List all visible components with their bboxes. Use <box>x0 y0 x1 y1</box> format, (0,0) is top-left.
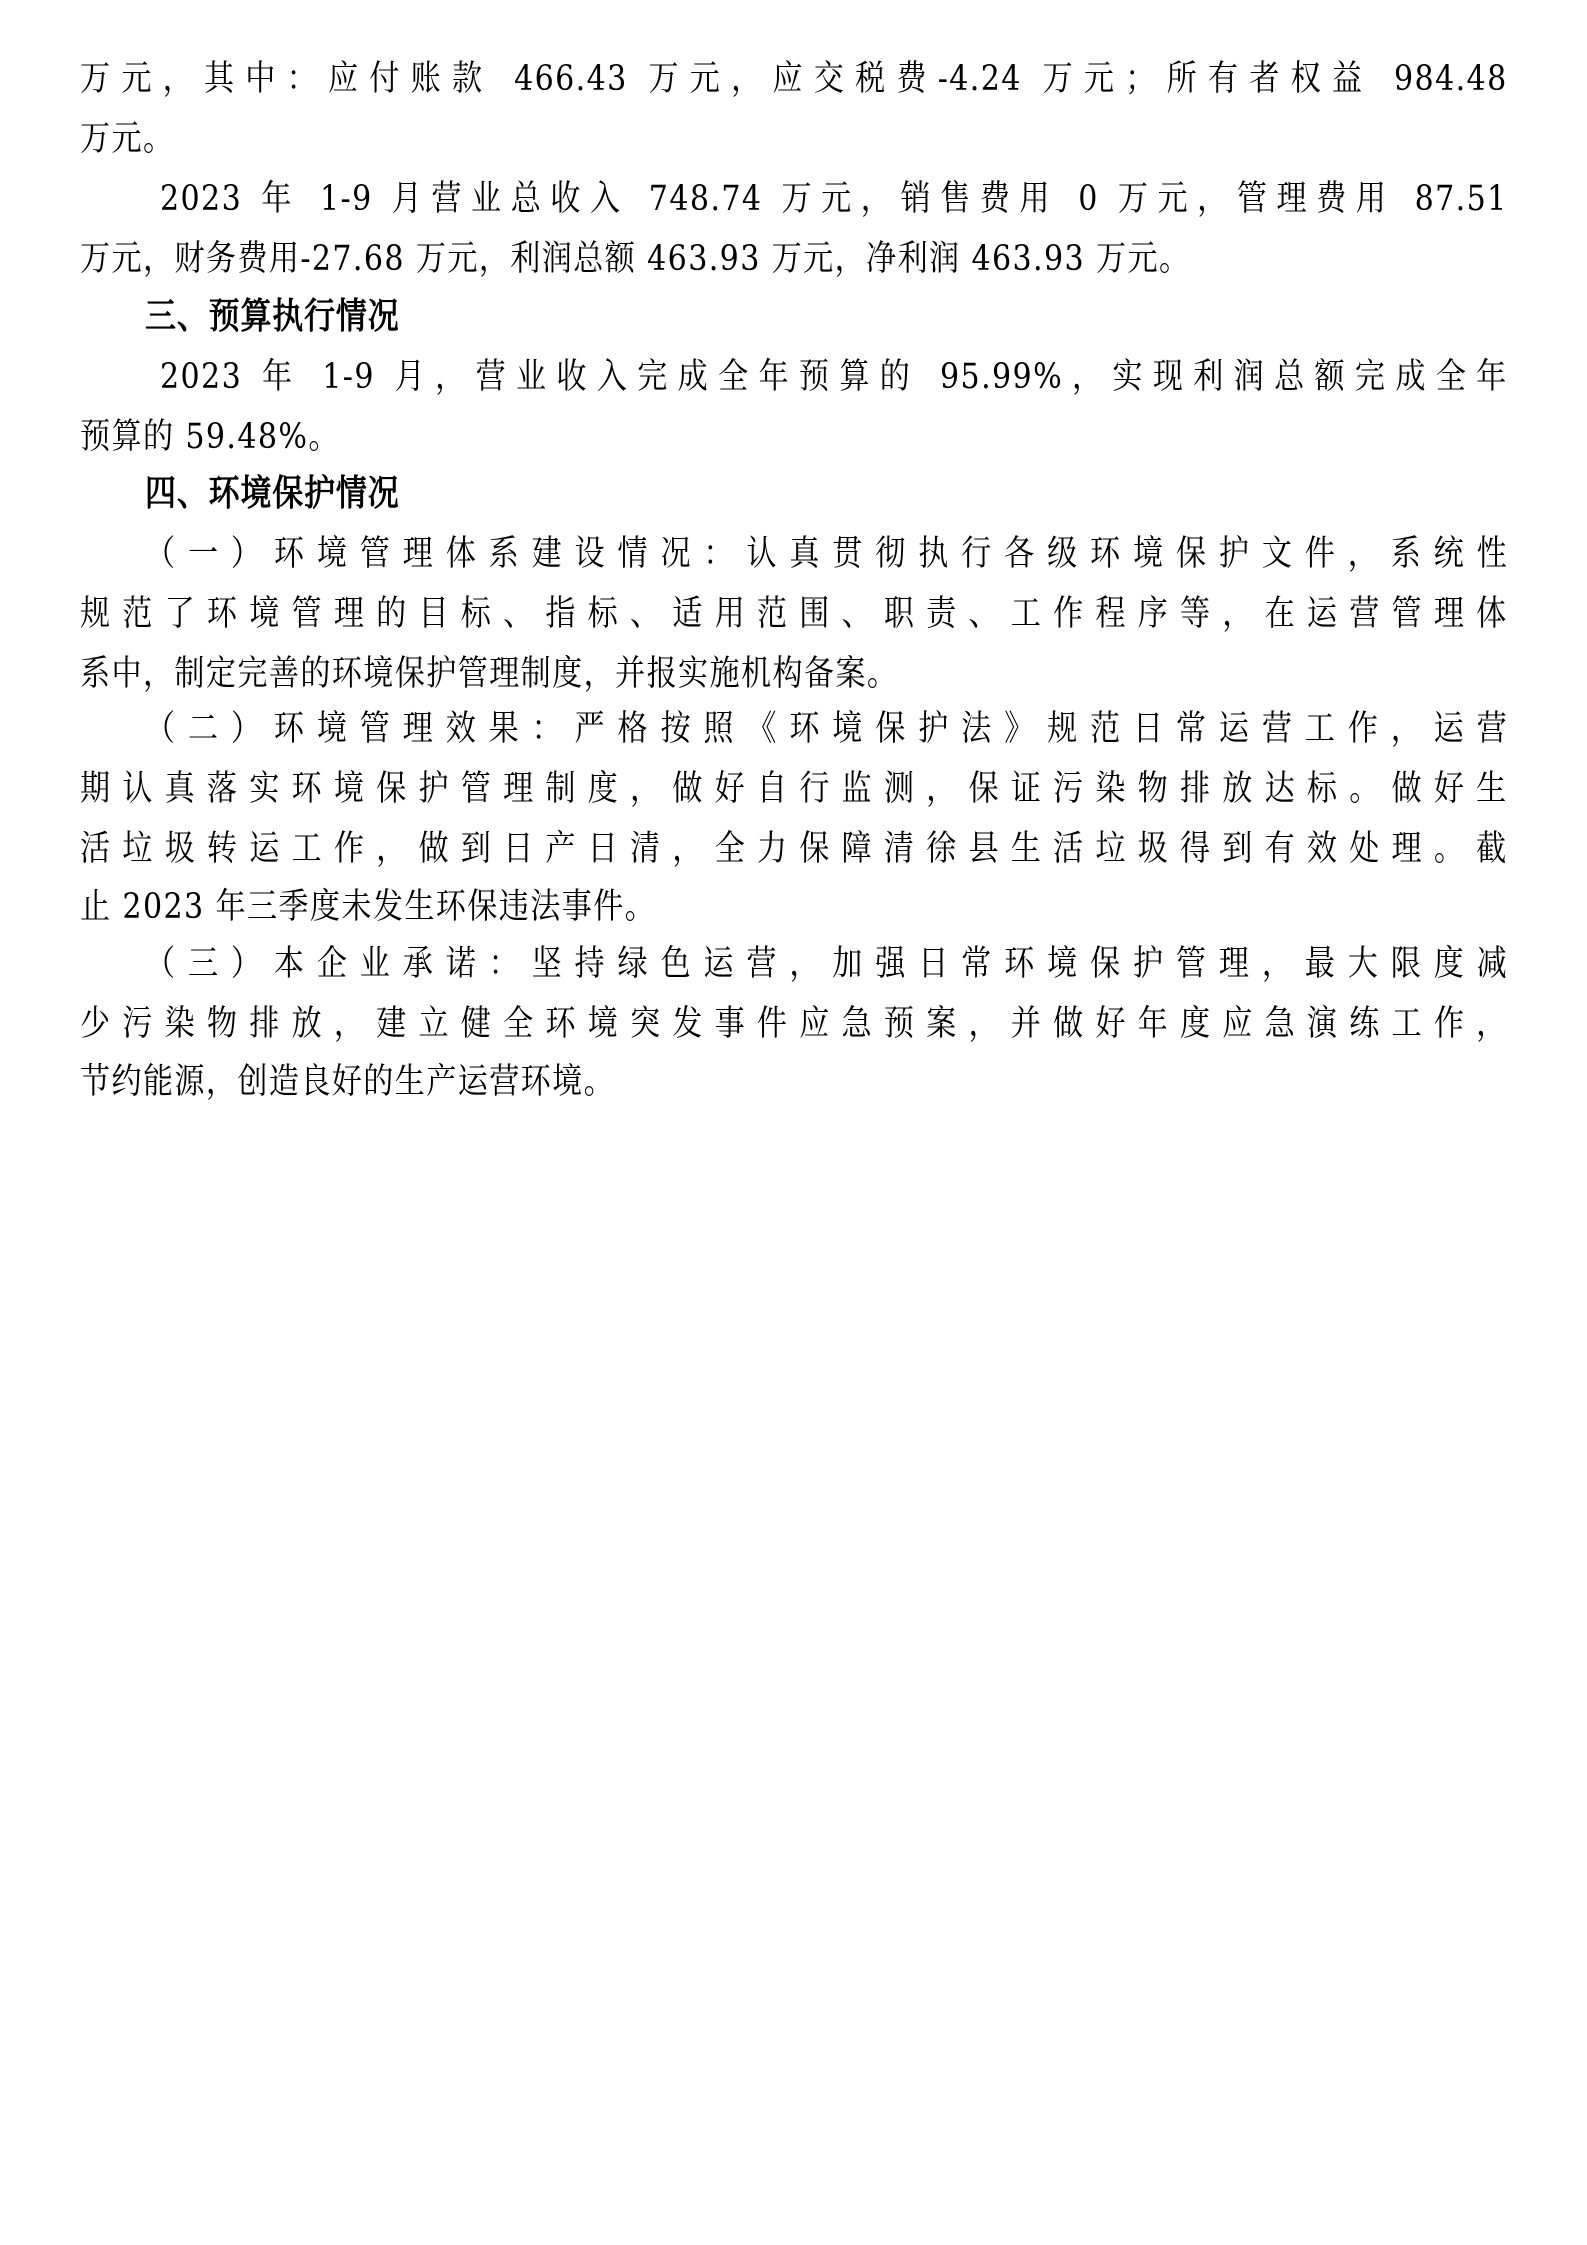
paragraph-line: 止 2023 年三季度未发生环保违法事件。 <box>80 883 1310 931</box>
paragraph-line: 2023 年 1-9 月营业总收入 748.74 万元，销售费用 0 万元，管理… <box>160 175 1508 223</box>
paragraph-line: 活垃圾转运工作，做到日产日清，全力保障清徐县生活垃圾得到有效处理。截 <box>80 825 1508 873</box>
paragraph-line: 期认真落实环境保护管理制度，做好自行监测，保证污染物排放达标。做好生 <box>80 765 1508 813</box>
paragraph-line: 少污染物排放，建立健全环境突发事件应急预案，并做好年度应急演练工作， <box>80 1000 1508 1048</box>
paragraph-line: 万元，财务费用-27.68 万元，利润总额 463.93 万元，净利润 463.… <box>80 235 1310 283</box>
paragraph-line: （二）环境管理效果：严格按照《环境保护法》规范日常运营工作，运营 <box>145 705 1508 753</box>
section-heading-environment: 四、环境保护情况 <box>145 470 400 518</box>
paragraph-line: 节约能源，创造良好的生产运营环境。 <box>80 1058 1310 1106</box>
section-heading-budget: 三、预算执行情况 <box>145 293 400 341</box>
paragraph-line: 规范了环境管理的目标、指标、适用范围、职责、工作程序等，在运营管理体 <box>80 590 1508 638</box>
paragraph-line: 系中，制定完善的环境保护管理制度，并报实施机构备案。 <box>80 650 1310 698</box>
paragraph-line: 万元，其中：应付账款 466.43 万元，应交税费-4.24 万元；所有者权益 … <box>80 55 1508 103</box>
paragraph-line: 预算的 59.48%。 <box>80 413 1310 461</box>
paragraph-line: 万元。 <box>80 115 1310 163</box>
paragraph-line: （三）本企业承诺：坚持绿色运营，加强日常环境保护管理，最大限度减 <box>145 940 1508 988</box>
paragraph-line: 2023 年 1-9 月，营业收入完成全年预算的 95.99%，实现利润总额完成… <box>160 353 1508 401</box>
document-page: 万元，其中：应付账款 466.43 万元，应交税费-4.24 万元；所有者权益 … <box>0 0 1587 2245</box>
paragraph-line: （一）环境管理体系建设情况：认真贯彻执行各级环境保护文件，系统性 <box>145 530 1508 578</box>
